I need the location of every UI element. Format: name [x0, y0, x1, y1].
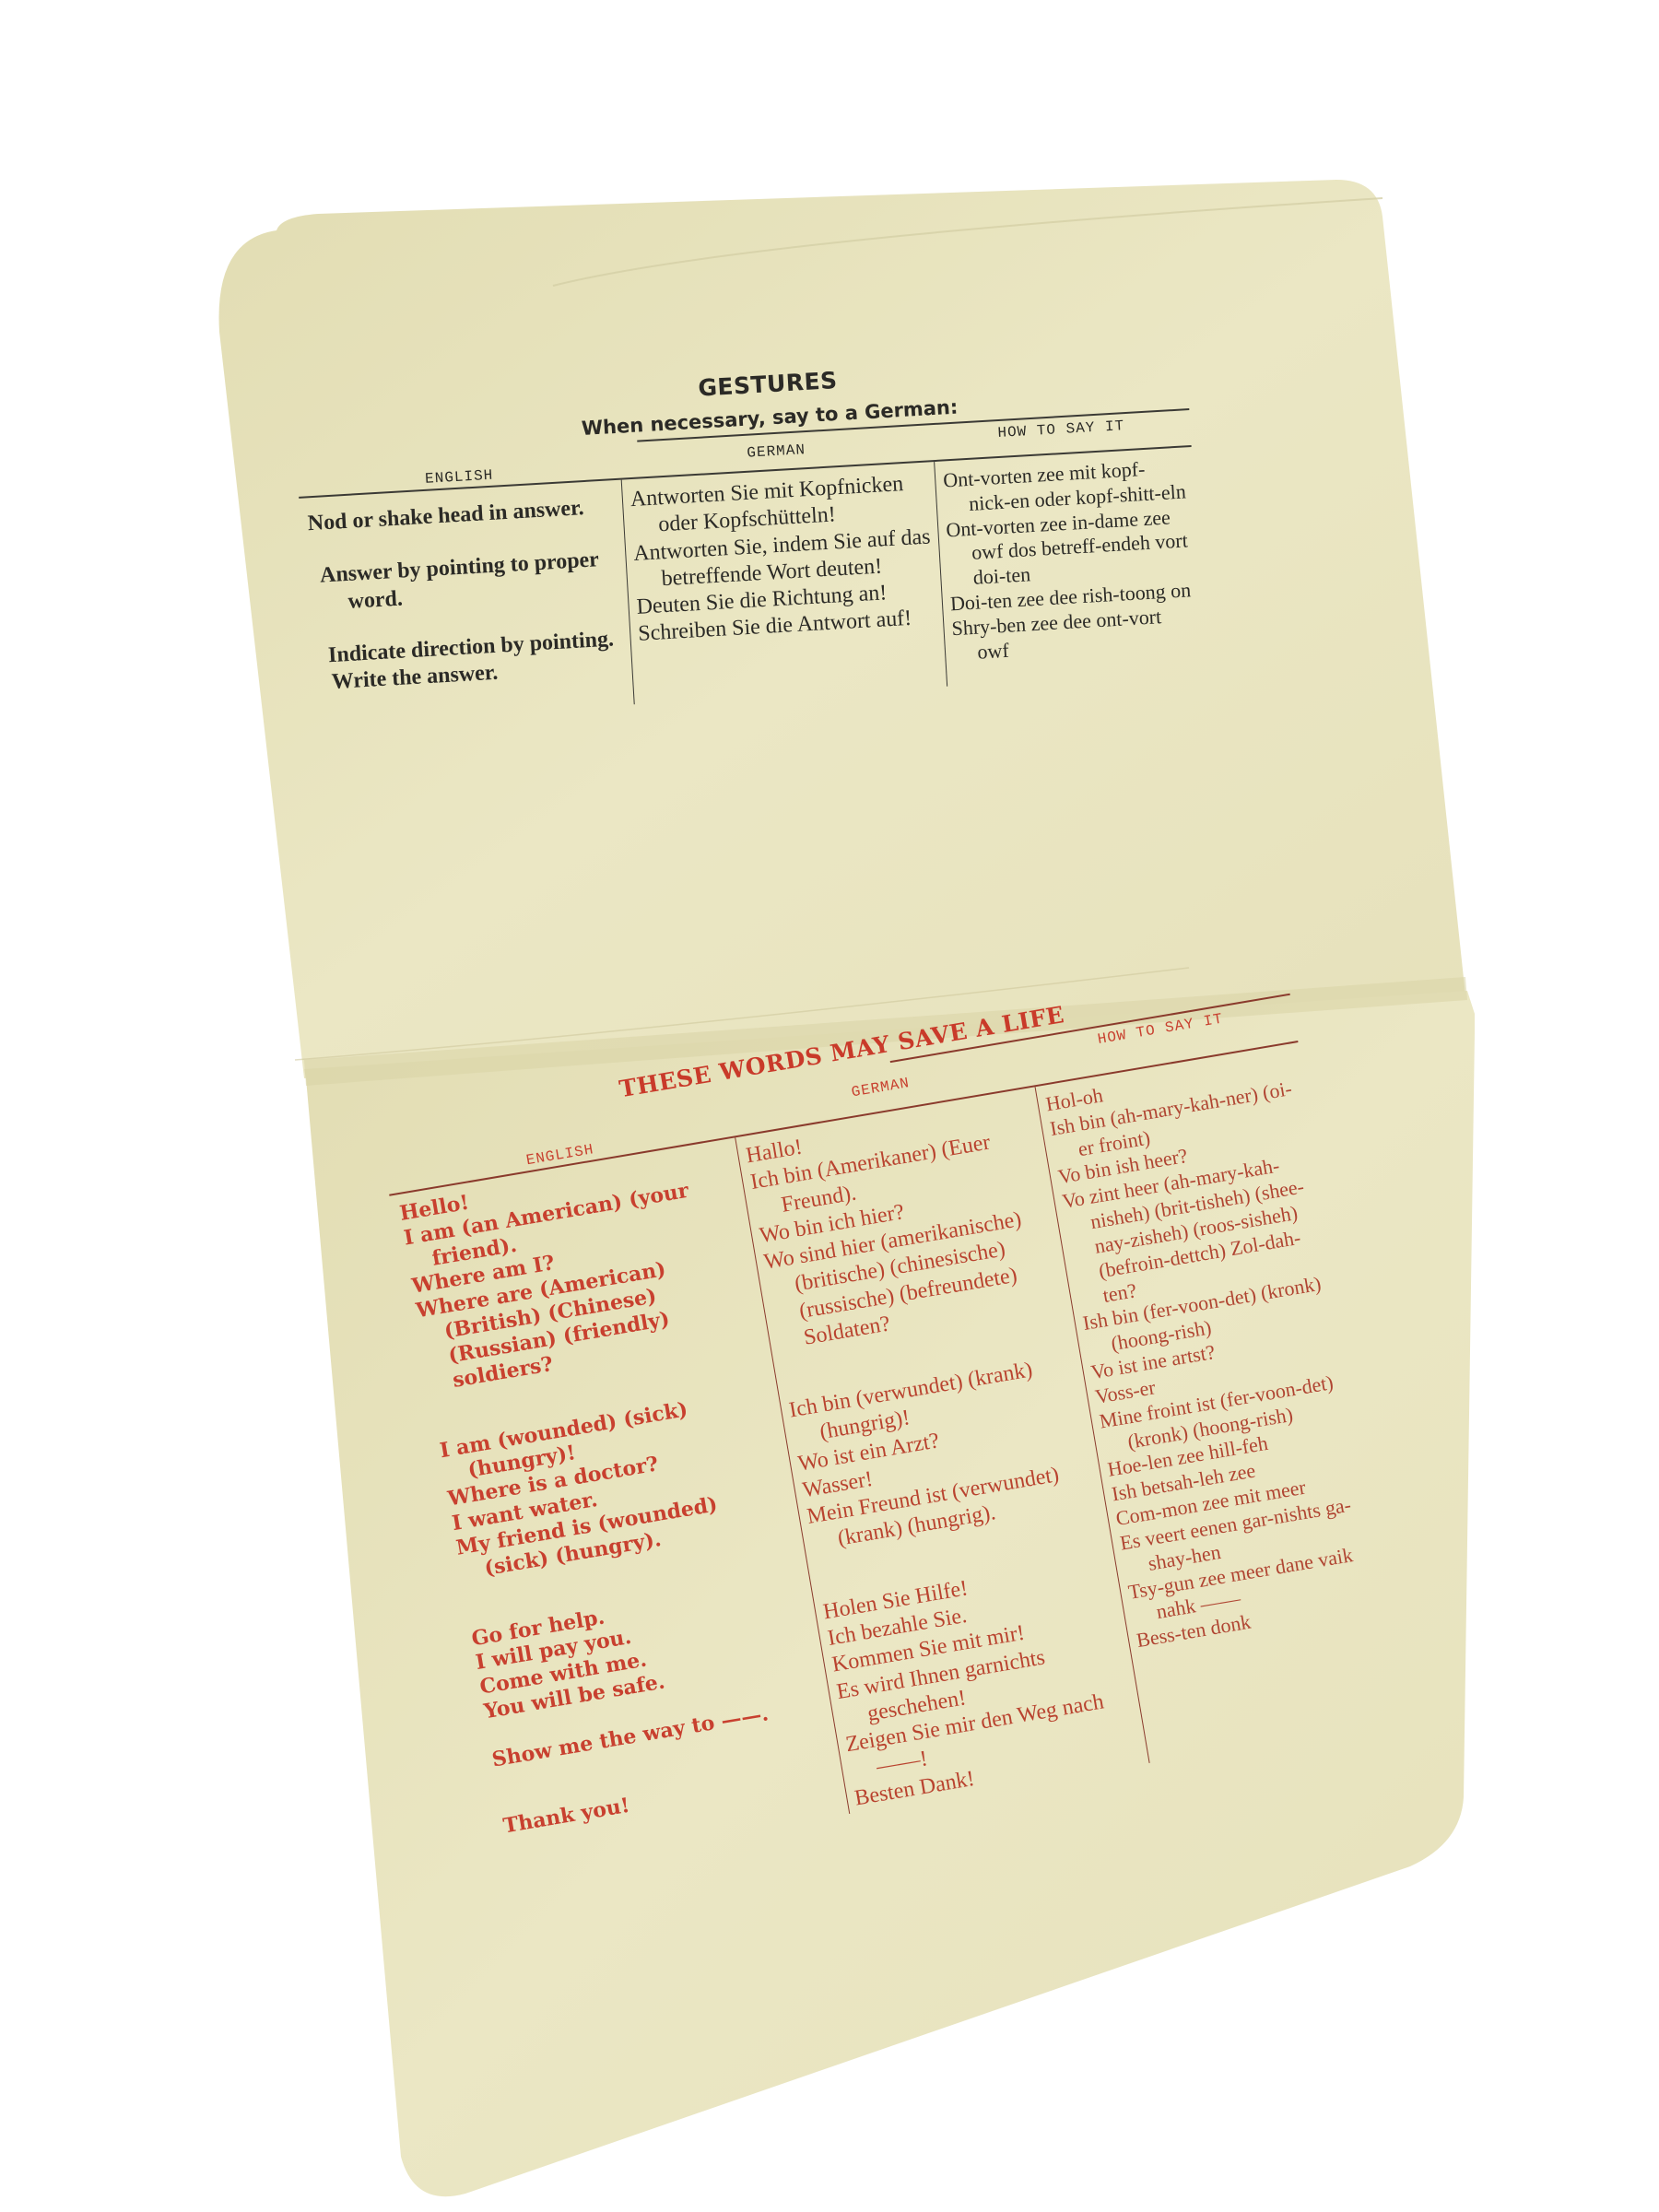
phrase-pronunciation: Ont-vorten zee in-dame zee owf dos betre… — [946, 504, 1192, 592]
lifesave-section: THESE WORDS MAY SAVE A LIFE ENGLISH GERM… — [376, 963, 1413, 1872]
phrase-english: Answer by pointing to proper word. — [319, 546, 620, 617]
pronunciation-column: Ont-vorten zee mit kopf-nick-en oder kop… — [934, 447, 1205, 687]
gestures-section: GESTURES When necessary, say to a German… — [293, 347, 1205, 724]
german-column: Antworten Sie mit Kopfnicken oder Kopfsc… — [621, 462, 947, 704]
phrase-english: Nod or shake head in answer. — [307, 493, 616, 537]
english-column: Nod or shake head in answer. Answer by p… — [299, 480, 633, 724]
